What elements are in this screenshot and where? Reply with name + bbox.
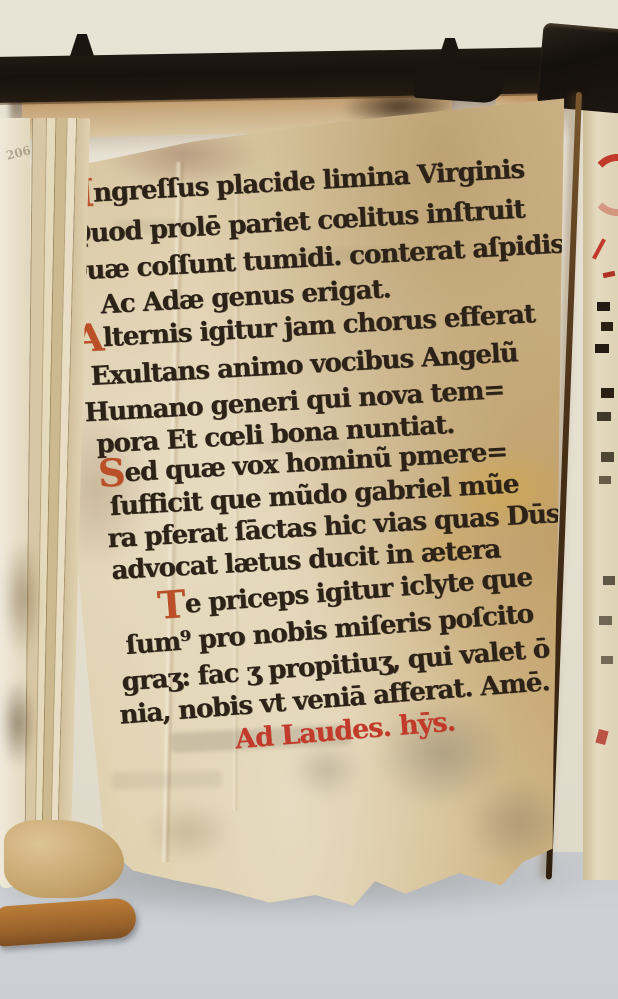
facing-page-text-fragment [595,344,609,353]
facing-page-text-fragment [601,452,614,462]
manuscript-page: Ingreſſus placide limina Virginis Quod p… [42,96,584,933]
facing-page-red-mark [595,729,608,745]
edge-stain [0,678,36,768]
facing-page-text-fragment [599,476,611,484]
facing-page-edge [583,96,618,880]
manuscript-photo: Ingreſſus placide limina Virginis Quod p… [0,0,618,999]
page-edge-stack [0,118,104,888]
rubricated-initial: T [156,581,187,628]
facing-page-red-mark [592,238,606,259]
facing-page-red-mark [603,271,616,278]
facing-page-text-fragment [601,388,614,398]
edge-stain [2,538,42,658]
facing-page-text-fragment [603,576,615,585]
text-block: Ingreſſus placide limina Virginis Quod p… [63,134,601,861]
facing-page-text-fragment [601,656,613,664]
facing-page-text-fragment [601,322,613,331]
facing-page-text-fragment [597,302,610,311]
facing-page-text-fragment [599,616,612,625]
facing-page-red-initial-fragment [589,154,618,216]
facing-page-text-fragment [597,412,611,421]
